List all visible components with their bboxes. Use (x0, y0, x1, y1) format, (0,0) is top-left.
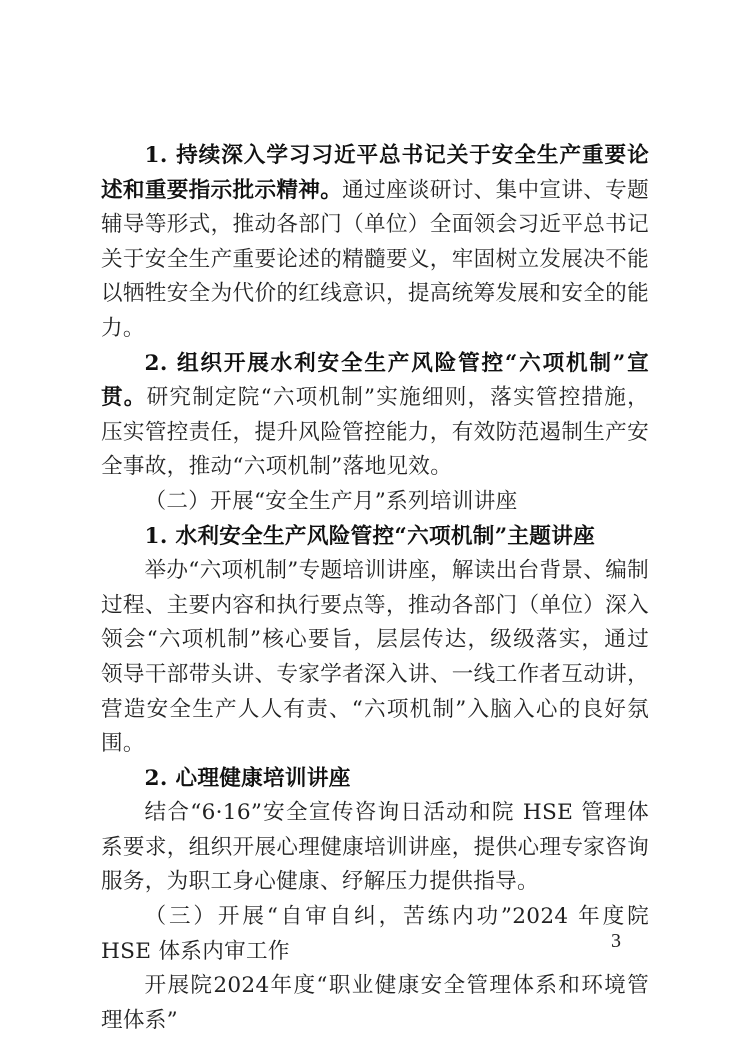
section-heading-text: （三）开展“自审自纠，苦练内功”2024 年度院 HSE 体系内审工作 (101, 904, 649, 964)
subheading-text: 2. 心理健康培训讲座 (145, 766, 351, 791)
subheading-text: 1. 水利安全生产风险管控“六项机制”主题讲座 (145, 524, 596, 549)
paragraph-study-xi-remarks: 1. 持续深入学习习近平总书记关于安全生产重要论述和重要指示批示精神。通过座谈研… (101, 139, 649, 347)
paragraph-text: 研究制定院“六项机制”实施细则，落实管控措施，压实管控责任，提升风险管控能力，有… (101, 385, 649, 479)
subheading-mental-health-lecture: 2. 心理健康培训讲座 (101, 762, 649, 797)
paragraph-six-mechanisms-promotion: 2. 组织开展水利安全生产风险管控“六项机制”宣贯。研究制定院“六项机制”实施细… (101, 347, 649, 485)
paragraph-lecture-details: 举办“六项机制”专题培训讲座，解读出台背景、编制过程、主要内容和执行要点等，推动… (101, 554, 649, 762)
paragraph-hse-audit-details: 开展院2024年度“职业健康安全管理体系和环境管理体系” (101, 969, 649, 1038)
document-page: 1. 持续深入学习习近平总书记关于安全生产重要论述和重要指示批示精神。通过座谈研… (0, 0, 749, 1060)
section-heading-hse-audit: （三）开展“自审自纠，苦练内功”2024 年度院 HSE 体系内审工作 (101, 900, 649, 969)
section-heading-safety-month: （二）开展“安全生产月”系列培训讲座 (101, 485, 649, 520)
document-body: 1. 持续深入学习习近平总书记关于安全生产重要论述和重要指示批示精神。通过座谈研… (101, 139, 649, 1038)
page-number: 3 (611, 930, 621, 953)
paragraph-mental-health-details: 结合“6·16”安全宣传咨询日活动和院 HSE 管理体系要求，组织开展心理健康培… (101, 796, 649, 900)
paragraph-text: 开展院2024年度“职业健康安全管理体系和环境管理体系” (101, 973, 649, 1033)
paragraph-text: 举办“六项机制”专题培训讲座，解读出台背景、编制过程、主要内容和执行要点等，推动… (101, 558, 649, 756)
section-heading-text: （二）开展“安全生产月”系列培训讲座 (145, 489, 518, 514)
paragraph-text: 结合“6·16”安全宣传咨询日活动和院 HSE 管理体系要求，组织开展心理健康培… (101, 800, 649, 894)
subheading-six-mechanisms-lecture: 1. 水利安全生产风险管控“六项机制”主题讲座 (101, 520, 649, 555)
